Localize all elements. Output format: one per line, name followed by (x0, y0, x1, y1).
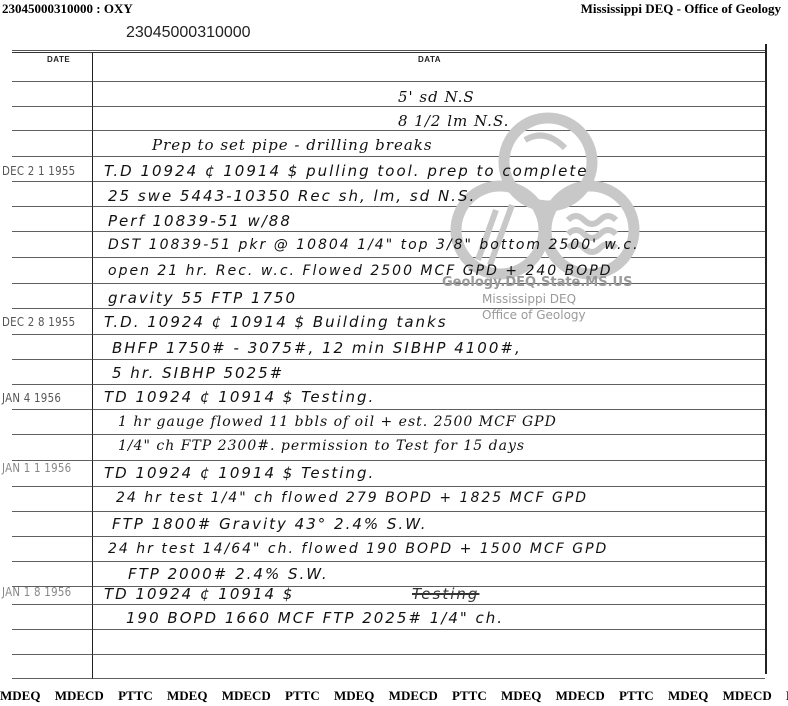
right-border (765, 44, 767, 674)
date-stamp: JAN 1 8 1956 (2, 584, 76, 599)
entry-line: T.D 10924 ¢ 10914 $ pulling tool. prep t… (104, 162, 588, 180)
entry-line: 1 hr gauge flowed 11 bbls of oil + est. … (118, 414, 557, 430)
footer-token: MDECD (222, 688, 271, 703)
entry-line: 190 BOPD 1660 MCF FTP 2025# 1/4" ch. (126, 609, 504, 627)
entry-line: 24 hr test 1/4" ch flowed 279 BOPD + 182… (116, 490, 588, 506)
footer-token: MDECD (556, 688, 605, 703)
entry-line: TD 10924 ¢ 10914 $ Testing. (104, 464, 375, 482)
footer-token: MDECD (723, 688, 772, 703)
entry-line: open 21 hr. Rec. w.c. Flowed 2500 MCF GP… (108, 263, 613, 279)
entry-line: 1/4" ch FTP 2300#. permission to Test fo… (118, 438, 525, 454)
entry-line: T.D. 10924 ¢ 10914 $ Building tanks (104, 313, 448, 331)
header-rule (12, 50, 765, 53)
struck-out-word: Testing (412, 585, 479, 603)
entry-line: BHFP 1750# - 3075#, 12 min SIBHP 4100#, (112, 339, 522, 357)
entry-line: FTP 1800# Gravity 43° 2.4% S.W. (112, 515, 428, 533)
date-column-header: DATE (47, 55, 70, 64)
data-column-header: DATA (418, 55, 441, 64)
watermark-agency: Mississippi DEQ (482, 292, 576, 306)
entry-line: 8 1/2 lm N.S. (398, 112, 509, 130)
footer-token: PTTC (118, 688, 153, 703)
entry-line: FTP 2000# 2.4% S.W. (128, 565, 329, 583)
mdeq-logo-icon (430, 110, 660, 310)
entry-line: 5' sd N.S (398, 88, 475, 106)
footer-token: MDEQ (0, 688, 40, 703)
footer-token: MDEQ (668, 688, 708, 703)
date-stamp: DEC 2 8 1955 (2, 314, 76, 329)
entry-line: Prep to set pipe - drilling breaks (152, 136, 433, 154)
footer-token: PTTC (619, 688, 654, 703)
entry-line: TD 10924 ¢ 10914 $ (104, 585, 294, 603)
entry-line: Perf 10839-51 w/88 (108, 212, 292, 230)
entry-line: DST 10839-51 pkr @ 10804 1/4" top 3/8" b… (108, 237, 640, 253)
footer-token: MDEQ (501, 688, 541, 703)
entry-line: 25 swe 5443-10350 Rec sh, lm, sd N.S. (108, 187, 476, 205)
entry-line: TD 10924 ¢ 10914 $ Testing. (104, 388, 375, 406)
footer-token: MDECD (55, 688, 104, 703)
date-stamp: DEC 2 1 1955 (2, 163, 76, 178)
footer-token: MDECD (389, 688, 438, 703)
footer-token: MDEQ (167, 688, 207, 703)
footer-token: PTTC (285, 688, 320, 703)
footer-token: MDEQ (334, 688, 374, 703)
mdeq-watermark: Geology.DEQ.State.MS.US Mississippi DEQ (430, 110, 660, 310)
agency-title: Mississippi DEQ - Office of Geology (581, 1, 781, 17)
entry-line: 24 hr test 14/64" ch. flowed 190 BOPD + … (108, 541, 608, 557)
date-stamp: JAN 4 1956 (2, 390, 76, 405)
entry-line: gravity 55 FTP 1750 (108, 289, 297, 307)
api-number: 23045000310000 (126, 24, 251, 42)
entry-line: 5 hr. SIBHP 5025# (112, 364, 284, 382)
date-stamp: JAN 1 1 1956 (2, 460, 76, 475)
footer-token: PTTC (452, 688, 487, 703)
record-label: 23045000310000 : OXY (2, 1, 133, 17)
watermark-office: Office of Geology (482, 308, 586, 322)
footer-agency-strip: MDEQ MDECD PTTC MDEQ MDECD PTTC MDEQ MDE… (0, 688, 788, 704)
